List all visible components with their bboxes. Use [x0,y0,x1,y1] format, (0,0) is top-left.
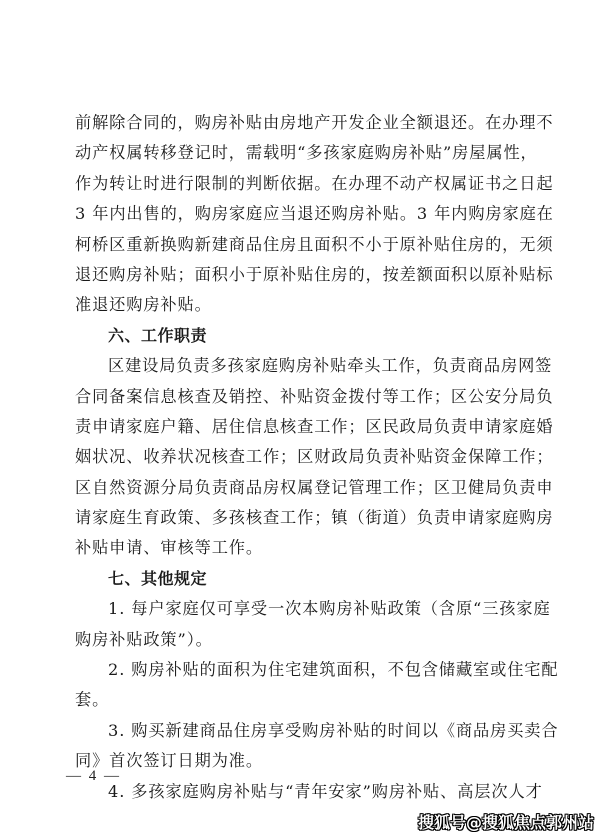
text-line: 准退还购房补贴。 [75,290,533,320]
section-heading-work-duties: 六、工作职责 [75,321,533,351]
text-line: 2. 购房补贴的面积为住宅建筑面积，不包含储藏室或住宅配 [75,655,533,685]
watermark: 搜狐号@搜狐焦点郭州站 [418,810,594,833]
text-line: 责申请家庭户籍、居住信息核查工作；区民政局负责申请家庭婚 [75,412,533,442]
text-line: 3 年内出售的，购房家庭应当退还购房补贴。3 年内购房家庭在 [75,199,533,229]
text-line: 请家庭生育政策、多孩核查工作；镇（街道）负责申请家庭购房 [75,503,533,533]
text-line: 购房补贴政策”）。 [75,625,533,655]
text-line: 合同备案信息核查及销控、补贴资金拨付等工作；区公安分局负 [75,382,533,412]
text-line: 区自然资源分局负责商品房权属登记管理工作；区卫健局负责申 [75,473,533,503]
text-line: 补贴申请、审核等工作。 [75,533,533,563]
text-line: 作为转让时进行限制的判断依据。在办理不动产权属证书之日起 [75,169,533,199]
text-line: 同》首次签订日期为准。 [75,746,533,776]
section-heading-other-provisions: 七、其他规定 [75,564,533,594]
text-line: 柯桥区重新换购新建商品住房且面积不小于原补贴住房的，无须 [75,230,533,260]
document-body: 前解除合同的，购房补贴由房地产开发企业全额退还。在办理不 动产权属转移登记时，需… [75,108,533,807]
text-line: 1. 每户家庭仅可享受一次本购房补贴政策（含原“三孩家庭 [75,594,533,624]
text-line: 前解除合同的，购房补贴由房地产开发企业全额退还。在办理不 [75,108,533,138]
text-line: 套。 [75,685,533,715]
text-line: 退还购房补贴；面积小于原补贴住房的，按差额面积以原补贴标 [75,260,533,290]
text-line: 3. 购买新建商品住房享受购房补贴的时间以《商品房买卖合 [75,716,533,746]
text-line: 区建设局负责多孩家庭购房补贴牵头工作，负责商品房网签 [75,351,533,381]
text-line: 动产权属转移登记时，需载明“多孩家庭购房补贴”房屋属性， [75,138,533,168]
document-page: 前解除合同的，购房补贴由房地产开发企业全额退还。在办理不 动产权属转移登记时，需… [0,0,604,835]
text-line: 4. 多孩家庭购房补贴与“青年安家”购房补贴、高层次人才 [75,777,533,807]
page-number: — 4 — [66,768,121,785]
text-line: 姻状况、收养状况核查工作；区财政局负责补贴资金保障工作； [75,442,533,472]
